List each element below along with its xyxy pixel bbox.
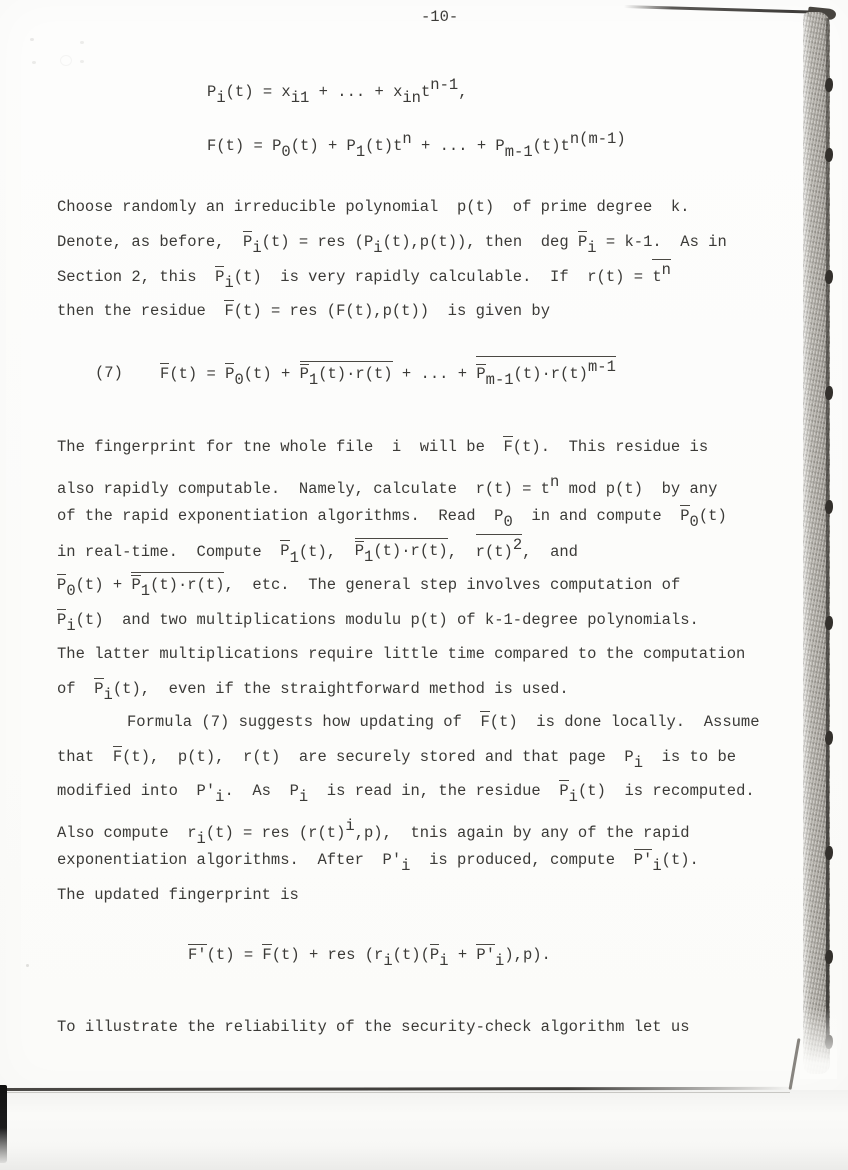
segment-text: in real-time. Compute bbox=[57, 542, 280, 560]
segment-text: Choose randomly an irreducible polynomia… bbox=[57, 198, 690, 216]
segment-sub: i bbox=[224, 274, 233, 292]
segment-text: t bbox=[652, 268, 661, 286]
segment-text: P bbox=[57, 576, 66, 594]
scan-artifact-binding-bump bbox=[825, 78, 833, 92]
scan-artifact-binding-bump bbox=[825, 1035, 833, 1049]
segment-sub: i bbox=[495, 952, 504, 970]
segment-text: F bbox=[113, 748, 122, 766]
text-line: of the rapid exponentiation algorithms. … bbox=[57, 499, 745, 534]
segment-ov: P bbox=[57, 574, 66, 594]
segment-ov: P1(t)·r(t) bbox=[131, 572, 224, 600]
segment-ov: P bbox=[430, 944, 439, 964]
segment-text: ),p). bbox=[504, 946, 551, 964]
segment-text: Denote, as before, bbox=[57, 233, 243, 251]
segment-text: Formula (7) suggests how updating of bbox=[127, 713, 480, 731]
segment-sup: m-1 bbox=[588, 358, 616, 376]
segment-text: that bbox=[57, 748, 113, 766]
text-line: The fingerprint for tne whole file i wil… bbox=[57, 430, 745, 465]
segment-text: The updated fingerprint is bbox=[57, 886, 299, 904]
segment-sub: 1 bbox=[356, 143, 365, 161]
segment-ov: r(t)2 bbox=[476, 534, 523, 561]
segment-text: (t)·r(t) bbox=[150, 576, 224, 594]
text-line: Formula (7) suggests how updating of F(t… bbox=[57, 705, 760, 740]
text-line: Section 2, this Pi(t) is very rapidly ca… bbox=[57, 259, 727, 294]
segment-text: of the rapid exponentiation algorithms. … bbox=[57, 507, 503, 525]
scan-artifact-corner-notch bbox=[0, 1085, 7, 1163]
segment-text: (t) = res (r(t) bbox=[206, 824, 346, 842]
segment-text: (t)t bbox=[533, 137, 570, 155]
segment-sub: i bbox=[299, 788, 308, 806]
segment-ov: P bbox=[280, 540, 289, 560]
segment-sup: i bbox=[345, 817, 354, 835]
segment-text: (t) = res (P bbox=[262, 233, 374, 251]
segment-text: (t)·r(t) bbox=[373, 542, 447, 560]
segment-text: in and compute bbox=[513, 507, 680, 525]
segment-text: (t) = res (F(t),p(t)) is given by bbox=[234, 302, 550, 320]
segment-text: also rapidly computable. Namely, calcula… bbox=[57, 479, 550, 497]
segment-ov: tn bbox=[652, 259, 671, 286]
segment-text: P bbox=[578, 233, 587, 251]
segment-ov: P bbox=[559, 780, 568, 800]
segment-text: (t) + P bbox=[291, 137, 356, 155]
segment-sub: i bbox=[569, 788, 578, 806]
segment-ov: P bbox=[300, 364, 309, 383]
scan-artifact-pencil-dot bbox=[80, 60, 84, 63]
segment-text: To illustrate the reliability of the sec… bbox=[57, 1018, 690, 1036]
segment-text: (t). bbox=[662, 851, 699, 869]
segment-text: (t)t bbox=[365, 137, 402, 155]
segment-sub: 0 bbox=[281, 143, 290, 161]
text-line: Pi(t) and two multiplications modulu p(t… bbox=[57, 603, 745, 638]
segment-text: modified into P' bbox=[57, 782, 215, 800]
segment-sub: i bbox=[634, 753, 643, 771]
scan-artifact-pencil-dot bbox=[32, 61, 36, 64]
segment-sub: m-1 bbox=[505, 143, 533, 161]
segment-ov: P bbox=[243, 231, 252, 251]
segment-text: F bbox=[160, 365, 169, 383]
segment-ov: P bbox=[57, 609, 66, 629]
scan-artifact-binding-strip bbox=[803, 12, 830, 1074]
text-line: P0(t) + P1(t)·r(t), etc. The general ste… bbox=[57, 568, 745, 603]
segment-text: P bbox=[57, 611, 66, 629]
segment-sub: 1 bbox=[141, 582, 150, 600]
segment-text: P bbox=[94, 680, 103, 698]
scan-artifact-pencil-mark bbox=[60, 55, 72, 66]
segment-text: P bbox=[559, 782, 568, 800]
page-number: -10- bbox=[421, 0, 458, 35]
text-line: The updated fingerprint is bbox=[57, 878, 760, 913]
segment-text: is read in, the residue bbox=[308, 782, 559, 800]
scan-artifact-pencil-dot bbox=[80, 41, 84, 44]
formula-line: F(t) = P0(t) + P1(t)tn + ... + Pm-1(t)tn… bbox=[207, 122, 626, 169]
paper-sheet: -10- Pi(t) = xi1 + ... + xintn-1,F(t) = … bbox=[0, 0, 848, 1092]
segment-ov: P bbox=[578, 231, 587, 251]
segment-text: = k-1. As in bbox=[597, 233, 727, 251]
scan-artifact-binding-bump bbox=[825, 500, 833, 514]
segment-text: F bbox=[480, 713, 489, 731]
segment-sub: 1 bbox=[364, 548, 373, 566]
segment-sub: 1 bbox=[309, 371, 318, 389]
formula-line: F'(t) = F(t) + res (ri(t)(Pi + P'i),p). bbox=[188, 938, 551, 978]
scan-artifact-page-bottom-shadow bbox=[0, 1092, 790, 1093]
paragraph: Choose randomly an irreducible polynomia… bbox=[57, 190, 727, 328]
scan-artifact-below-page bbox=[0, 1090, 848, 1170]
segment-text: r(t) bbox=[476, 542, 513, 560]
segment-text: F bbox=[224, 302, 233, 320]
segment-text: P bbox=[355, 542, 364, 560]
segment-text: (t) = bbox=[207, 946, 263, 964]
text-line: To illustrate the reliability of the sec… bbox=[57, 1010, 690, 1045]
segment-sub: i1 bbox=[291, 89, 310, 107]
text-line: that F(t), p(t), r(t) are securely store… bbox=[57, 740, 760, 775]
segment-text: Also compute r bbox=[57, 824, 197, 842]
equation-number: (7) bbox=[95, 356, 123, 391]
segment-sub: i bbox=[383, 952, 392, 970]
segment-text: (t). This residue is bbox=[513, 438, 708, 456]
scan-artifact-binding-bump bbox=[825, 950, 833, 964]
segment-ov: P1(t)·r(t) bbox=[355, 538, 448, 566]
segment-ov: F bbox=[113, 746, 122, 766]
segment-text: P bbox=[680, 507, 689, 525]
segment-sub: m-1 bbox=[486, 371, 514, 389]
segment-text: P' bbox=[476, 946, 495, 964]
scan-artifact-binding-bump bbox=[825, 148, 833, 162]
scan-artifact-pencil-dot bbox=[30, 38, 34, 41]
paragraph: To illustrate the reliability of the sec… bbox=[57, 1010, 690, 1045]
segment-text: (t) and two multiplications modulu p(t) … bbox=[76, 611, 699, 629]
segment-sub: i bbox=[652, 857, 661, 875]
segment-sub: 0 bbox=[503, 513, 512, 531]
segment-text: P bbox=[243, 233, 252, 251]
segment-ov: F bbox=[160, 363, 169, 383]
segment-text: (t) is done locally. Assume bbox=[490, 713, 760, 731]
segment-text: (t) is recomputed. bbox=[578, 782, 755, 800]
segment-text: is produced, compute bbox=[410, 851, 633, 869]
segment-text: exponentiation algorithms. After P' bbox=[57, 851, 401, 869]
segment-text: (t) + bbox=[76, 576, 132, 594]
segment-sub: i bbox=[439, 952, 448, 970]
equation-formula: F(t) = P0(t) + P1(t)·r(t) + ... + Pm-1(t… bbox=[160, 356, 616, 397]
segment-ov: F bbox=[262, 944, 271, 964]
formula-line: Pi(t) = xi1 + ... + xintn-1, bbox=[207, 68, 468, 115]
segment-text: ,p), tnis again by any of the rapid bbox=[355, 824, 690, 842]
text-line: exponentiation algorithms. After P'i is … bbox=[57, 843, 760, 878]
segment-text: (t) is very rapidly calculable. If r(t) … bbox=[234, 268, 653, 286]
segment-text: of bbox=[57, 680, 94, 698]
segment-text: (t)·r(t) bbox=[514, 365, 588, 383]
paragraph: Formula (7) suggests how updating of F(t… bbox=[57, 705, 760, 913]
segment-text: P bbox=[280, 542, 289, 560]
segment-text: F bbox=[503, 438, 512, 456]
segment-sub: 1 bbox=[290, 548, 299, 566]
segment-sub: i bbox=[66, 616, 75, 634]
segment-ov: P1(t)·r(t) bbox=[300, 361, 393, 389]
text-line: then the residue F(t) = res (F(t),p(t)) … bbox=[57, 294, 727, 329]
segment-sub: i bbox=[104, 685, 113, 703]
segment-text: Section 2, this bbox=[57, 268, 215, 286]
text-line: in real-time. Compute P1(t), P1(t)·r(t),… bbox=[57, 534, 745, 569]
text-line: Choose randomly an irreducible polynomia… bbox=[57, 190, 727, 225]
scan-artifact-dot bbox=[26, 964, 29, 967]
segment-ov: P bbox=[476, 364, 485, 383]
segment-sup: n bbox=[662, 261, 671, 279]
segment-sub: 0 bbox=[690, 513, 699, 531]
segment-text: (t),p(t)), then deg bbox=[383, 233, 578, 251]
segment-text: P bbox=[476, 365, 485, 383]
text-line: Denote, as before, Pi(t) = res (Pi(t),p(… bbox=[57, 225, 727, 260]
segment-sub: in bbox=[402, 89, 421, 107]
segment-ov: F' bbox=[188, 944, 207, 964]
segment-sup: n(m-1) bbox=[570, 130, 626, 148]
text-line: modified into P'i. As Pi is read in, the… bbox=[57, 774, 760, 809]
scan-artifact-binding-bump bbox=[825, 386, 833, 400]
segment-text: , bbox=[458, 83, 467, 101]
segment-text: . As P bbox=[224, 782, 298, 800]
segment-text: + ... + P bbox=[412, 137, 505, 155]
segment-sub: 0 bbox=[66, 582, 75, 600]
segment-text: F' bbox=[188, 946, 207, 964]
segment-ov: P bbox=[680, 505, 689, 525]
segment-text: The latter multiplications require littl… bbox=[57, 645, 745, 663]
segment-text: P bbox=[207, 83, 216, 101]
segment-text: (t), even if the straightforward method … bbox=[113, 680, 569, 698]
segment-text: P bbox=[131, 576, 140, 594]
segment-ov: P bbox=[94, 678, 103, 698]
segment-text: , and bbox=[522, 542, 578, 560]
segment-ov: P' bbox=[634, 849, 653, 869]
segment-sub: i bbox=[587, 238, 596, 256]
segment-text: (t), p(t), r(t) are securely stored and … bbox=[122, 748, 634, 766]
segment-sup: n bbox=[402, 130, 411, 148]
segment-text: F(t) = P bbox=[207, 137, 281, 155]
segment-sub: 0 bbox=[234, 371, 243, 389]
paragraph: The fingerprint for tne whole file i wil… bbox=[57, 430, 745, 706]
segment-ov: P' bbox=[476, 944, 495, 964]
segment-text: (t) + bbox=[244, 365, 300, 383]
segment-text: + ... + x bbox=[309, 83, 402, 101]
segment-sup: 2 bbox=[513, 536, 522, 554]
segment-text: (t) = x bbox=[226, 83, 291, 101]
segment-text: (t) = bbox=[169, 365, 225, 383]
segment-sub: i bbox=[216, 89, 225, 107]
segment-text: (t) + res (r bbox=[272, 946, 384, 964]
scan-artifact-binding-bump bbox=[825, 731, 833, 745]
segment-ov: F bbox=[480, 711, 489, 731]
segment-text: (t)( bbox=[393, 946, 430, 964]
segment-ov: Pm-1(t)·r(t)m-1 bbox=[476, 356, 616, 389]
segment-text: t bbox=[421, 83, 430, 101]
segment-text: , etc. The general step involves computa… bbox=[224, 576, 680, 594]
scan-artifact-binding-bump bbox=[825, 270, 833, 284]
segment-ov: P bbox=[355, 541, 364, 560]
segment-text: + ... + bbox=[393, 365, 477, 383]
segment-text: mod p(t) by any bbox=[559, 479, 717, 497]
segment-text: The fingerprint for tne whole file i wil… bbox=[57, 438, 503, 456]
segment-sup: n-1 bbox=[430, 76, 458, 94]
segment-text: , bbox=[448, 542, 476, 560]
scanned-document-page: -10- Pi(t) = xi1 + ... + xintn-1,F(t) = … bbox=[0, 0, 848, 1170]
segment-text: + bbox=[449, 946, 477, 964]
text-line: of Pi(t), even if the straightforward me… bbox=[57, 672, 745, 707]
text-line: Also compute ri(t) = res (r(t)i,p), tnis… bbox=[57, 809, 760, 844]
segment-ov: F bbox=[503, 436, 512, 456]
text-line: also rapidly computable. Namely, calcula… bbox=[57, 465, 745, 500]
segment-sub: i bbox=[373, 238, 382, 256]
segment-sub: i bbox=[252, 238, 261, 256]
segment-text: (t)·r(t) bbox=[318, 365, 392, 383]
segment-text: P bbox=[300, 365, 309, 383]
segment-text: P' bbox=[634, 851, 653, 869]
segment-ov: P bbox=[131, 575, 140, 594]
segment-ov: F bbox=[224, 300, 233, 320]
segment-text: F bbox=[262, 946, 271, 964]
segment-text: is to be bbox=[643, 748, 736, 766]
segment-text: (t) bbox=[699, 507, 727, 525]
segment-text: P bbox=[430, 946, 439, 964]
segment-sup: n bbox=[550, 473, 559, 491]
scan-artifact-binding-bump bbox=[825, 616, 833, 630]
segment-text: (t), bbox=[299, 542, 355, 560]
segment-text: then the residue bbox=[57, 302, 224, 320]
text-line: The latter multiplications require littl… bbox=[57, 637, 745, 672]
scan-artifact-binding-bump bbox=[825, 846, 833, 860]
